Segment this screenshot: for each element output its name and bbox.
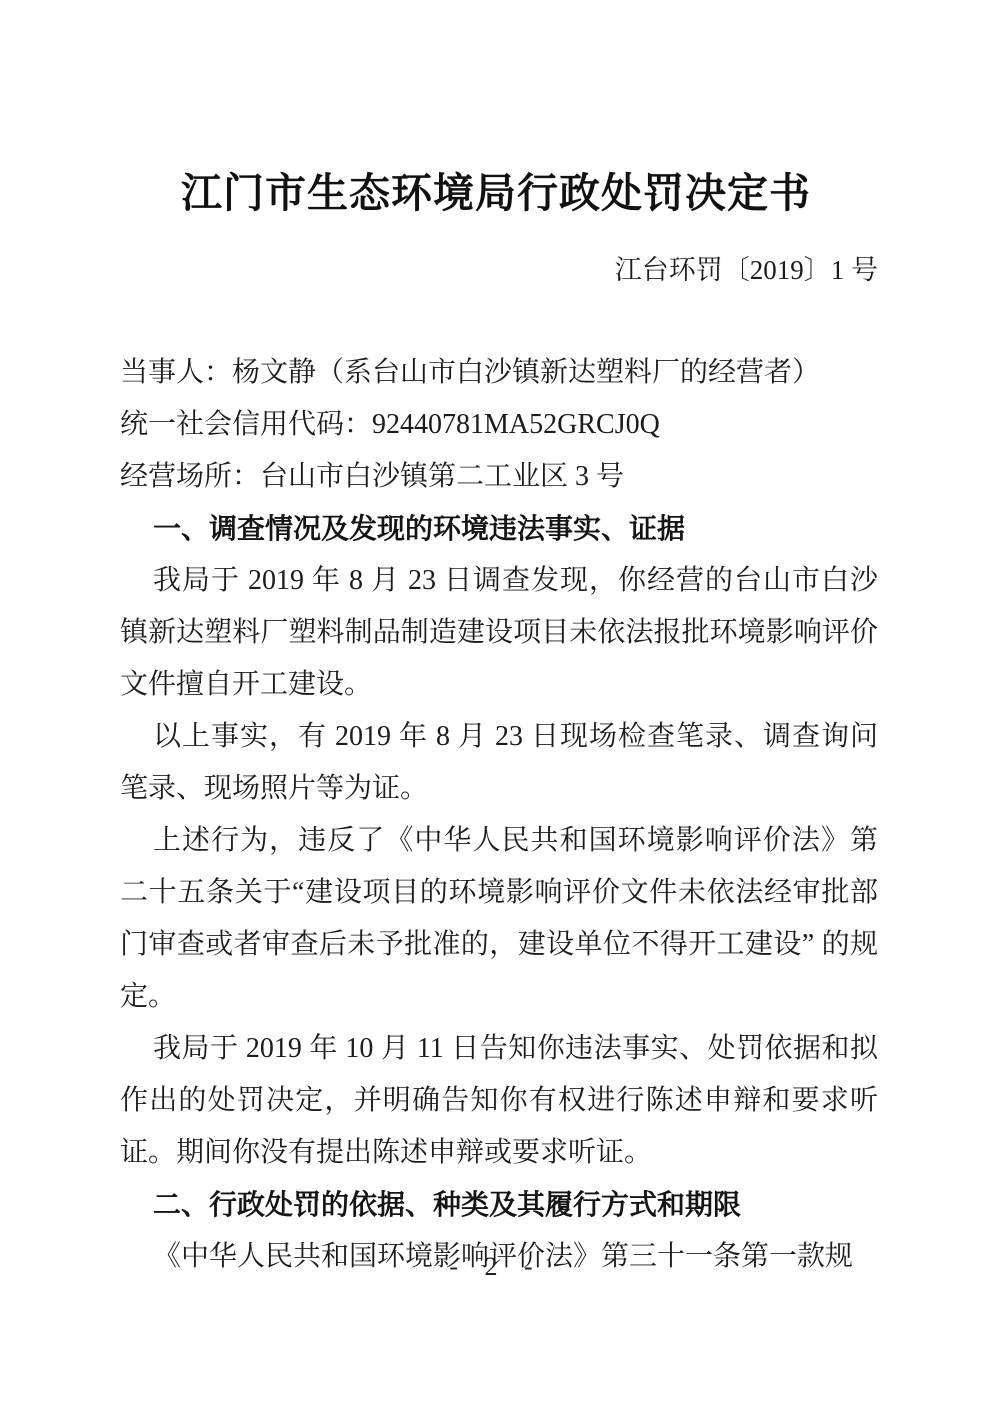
document-number: 江台环罚〔2019〕1 号 bbox=[120, 248, 878, 287]
document-page: 江门市生态环境局行政处罚决定书 江台环罚〔2019〕1 号 当事人：杨文静（系台… bbox=[0, 0, 992, 1403]
section-1-paragraph-4: 我局于 2019 年 10 月 11 日告知你违法事实、处罚依据和拟作出的处罚决… bbox=[120, 1023, 878, 1179]
section-1-paragraph-3: 上述行为，违反了《中华人民共和国环境影响评价法》第二十五条关于“建设项目的环境影… bbox=[120, 815, 878, 1023]
credit-code-line: 统一社会信用代码：92440781MA52GRCJ0Q bbox=[120, 399, 878, 451]
section-1-paragraph-1: 我局于 2019 年 8 月 23 日调查发现，你经营的台山市白沙镇新达塑料厂塑… bbox=[120, 555, 878, 711]
party-line: 当事人：杨文静（系台山市白沙镇新达塑料厂的经营者） bbox=[120, 347, 878, 399]
page-number: - 2 - bbox=[0, 1252, 992, 1282]
document-title: 江门市生态环境局行政处罚决定书 bbox=[0, 160, 992, 219]
section-1-paragraph-2: 以上事实，有 2019 年 8 月 23 日现场检查笔录、调查询问笔录、现场照片… bbox=[120, 711, 878, 815]
section-1-heading: 一、调查情况及发现的环境违法事实、证据 bbox=[120, 503, 878, 555]
document-body: 当事人：杨文静（系台山市白沙镇新达塑料厂的经营者） 统一社会信用代码：92440… bbox=[120, 347, 878, 1283]
section-2-heading: 二、行政处罚的依据、种类及其履行方式和期限 bbox=[120, 1179, 878, 1231]
business-address-line: 经营场所：台山市白沙镇第二工业区 3 号 bbox=[120, 451, 878, 503]
